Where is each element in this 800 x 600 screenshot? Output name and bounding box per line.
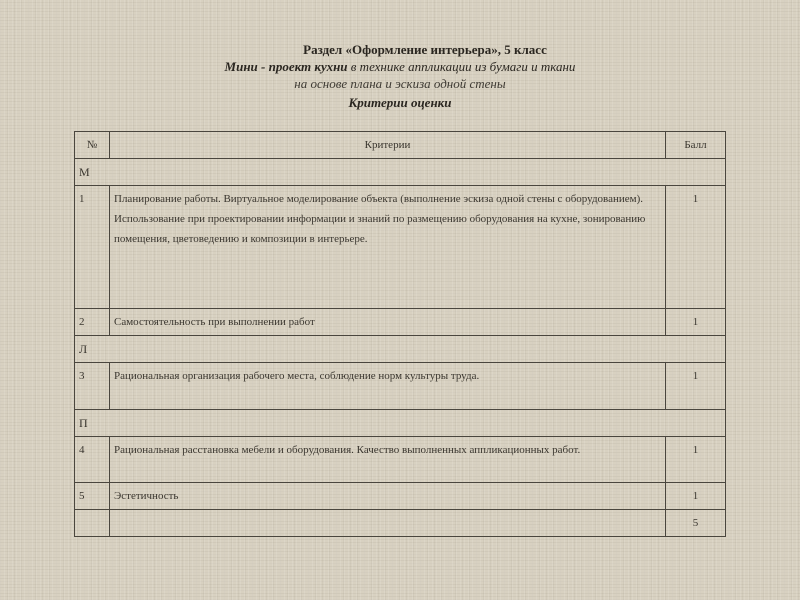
column-header-criteria: Критерии	[110, 132, 666, 159]
row-criterion: Рациональная расстановка мебели и оборуд…	[110, 437, 666, 483]
table-header-row: № Критерии Балл	[75, 132, 726, 159]
row-score: 1	[666, 186, 726, 309]
row-number: 5	[75, 483, 110, 510]
table-row: 3 Рациональная организация рабочего мест…	[75, 363, 726, 410]
row-score: 1	[666, 363, 726, 410]
column-header-score: Балл	[666, 132, 726, 159]
row-number: 4	[75, 437, 110, 483]
row-criterion: Эстетичность	[110, 483, 666, 510]
section-label: М	[75, 159, 726, 186]
row-score: 1	[666, 309, 726, 336]
row-number: 1	[75, 186, 110, 309]
project-name: Мини - проект кухни	[225, 59, 348, 74]
total-score: 5	[666, 510, 726, 537]
project-technique: в технике аппликации из бумаги и ткани	[348, 59, 576, 74]
total-criterion	[110, 510, 666, 537]
section-row: М	[75, 159, 726, 186]
column-header-number: №	[75, 132, 110, 159]
row-criterion: Рациональная организация рабочего места,…	[110, 363, 666, 410]
section-label: Л	[75, 336, 726, 363]
row-score: 1	[666, 483, 726, 510]
row-number: 2	[75, 309, 110, 336]
table-row: 5 Эстетичность 1	[75, 483, 726, 510]
criteria-table: № Критерии Балл М 1 Планирование работы.…	[74, 131, 726, 537]
project-basis: на основе плана и эскиза одной стены	[0, 76, 800, 92]
section-row: П	[75, 410, 726, 437]
row-number: 3	[75, 363, 110, 410]
table-row: 4 Рациональная расстановка мебели и обор…	[75, 437, 726, 483]
row-criterion: Самостоятельность при выполнении работ	[110, 309, 666, 336]
project-title: Мини - проект кухни в технике аппликации…	[0, 59, 800, 75]
total-number	[75, 510, 110, 537]
table-row: 2 Самостоятельность при выполнении работ…	[75, 309, 726, 336]
section-label: П	[75, 410, 726, 437]
table-row: 1 Планирование работы. Виртуальное модел…	[75, 186, 726, 309]
row-criterion: Планирование работы. Виртуальное моделир…	[110, 186, 666, 309]
section-title: Раздел «Оформление интерьера», 5 класс	[0, 42, 800, 58]
total-row: 5	[75, 510, 726, 537]
section-row: Л	[75, 336, 726, 363]
row-score: 1	[666, 437, 726, 483]
criteria-heading: Критерии оценки	[0, 95, 800, 111]
